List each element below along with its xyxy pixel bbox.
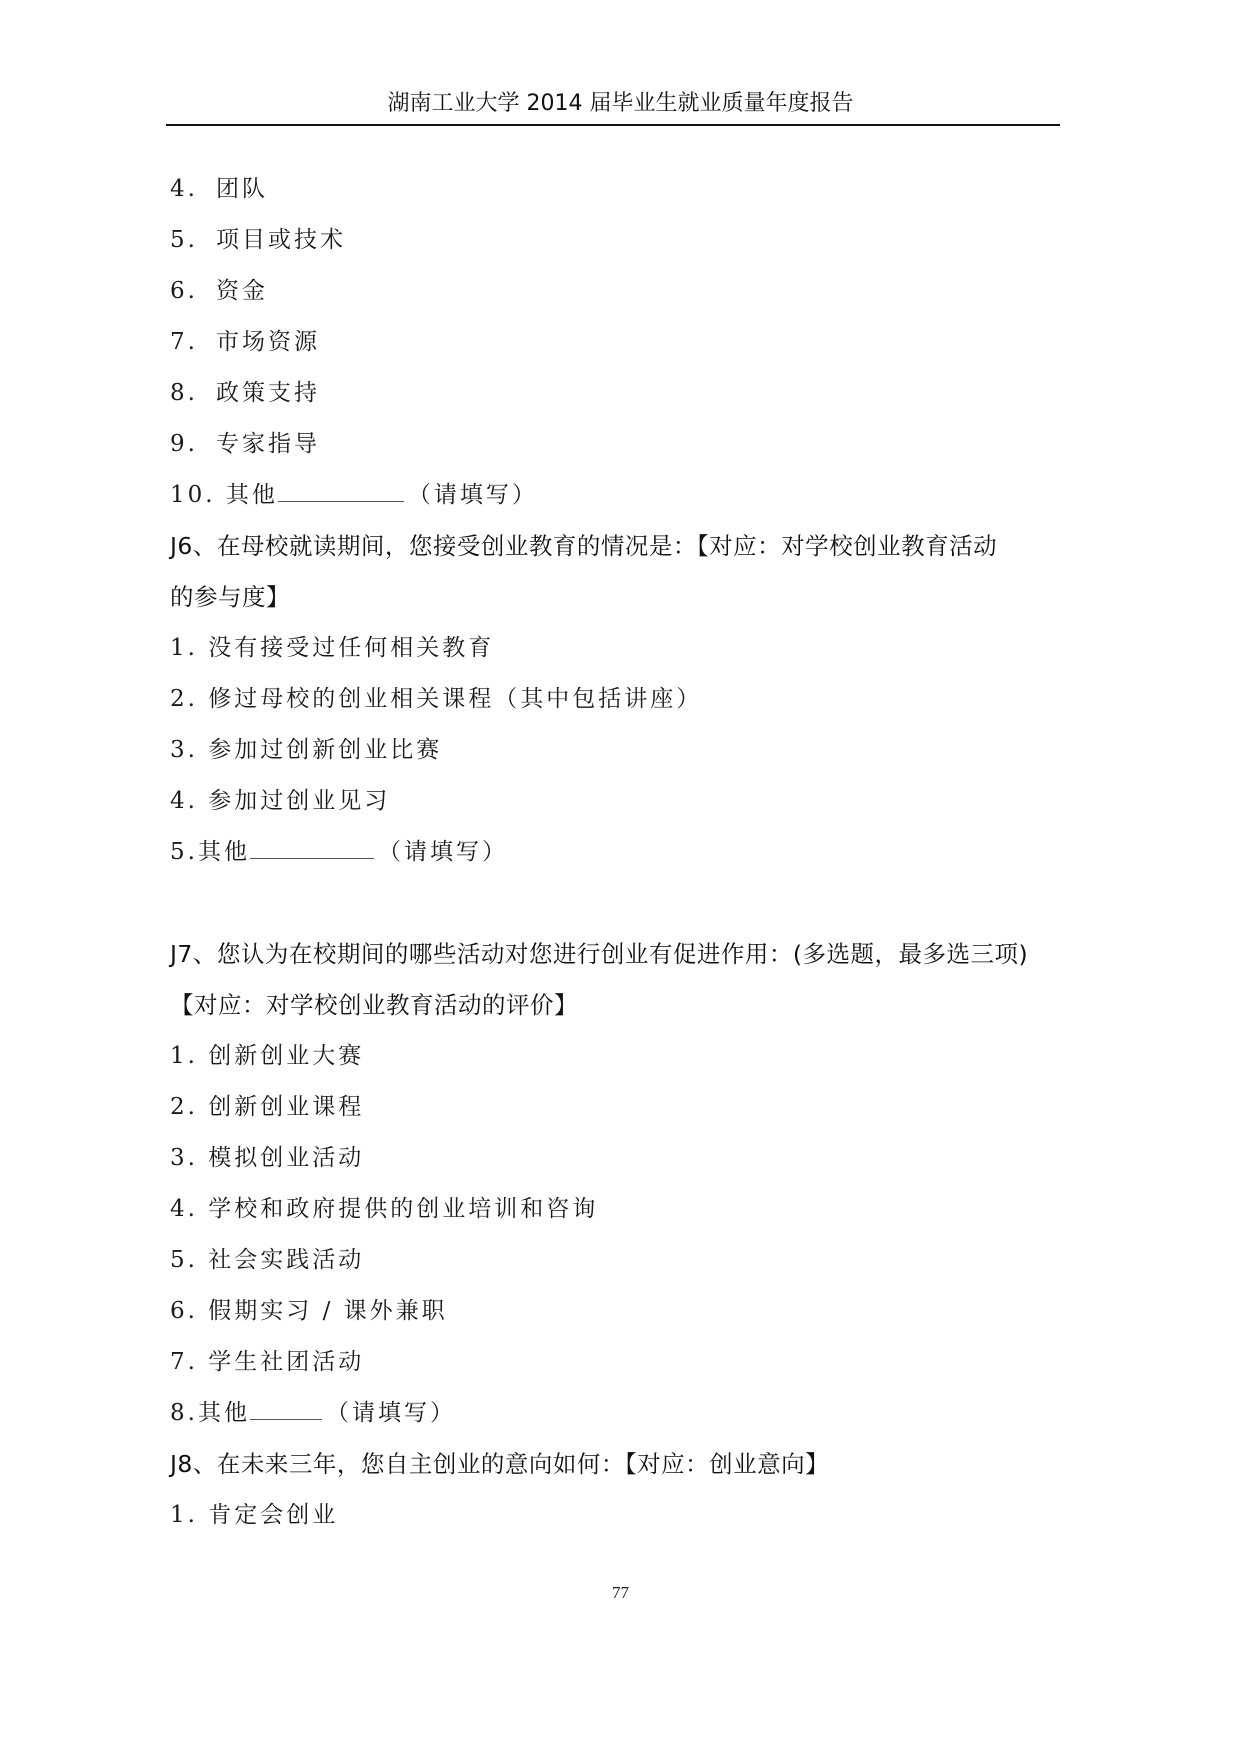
fill-in-blank[interactable] [278, 500, 404, 502]
page-number: 77 [0, 1583, 1241, 1603]
option-item: 1. 创新创业大赛 [170, 1037, 364, 1070]
option-item: 3. 参加过创新创业比赛 [170, 731, 442, 764]
option-item: 4. 学校和政府提供的创业培训和咨询 [170, 1190, 598, 1223]
question-j8: J8、在未来三年，您自主创业的意向如何：【对应：创业意向】 [170, 1445, 829, 1479]
option-item: 2. 修过母校的创业相关课程（其中包括讲座） [170, 680, 702, 713]
document-page: 湖南工业大学 2014 届毕业生就业质量年度报告 4.团队 5.项目或技术 6.… [0, 0, 1241, 1754]
option-item: 5. 社会实践活动 [170, 1241, 364, 1274]
option-item: 1. 肯定会创业 [170, 1496, 338, 1529]
question-j7-continued: 【对应：对学校创业教育活动的评价】 [170, 986, 578, 1020]
option-item: 8.政策支持 [170, 374, 320, 407]
option-other: 8.其他（请填写） [170, 1394, 456, 1427]
option-item: 4.团队 [170, 170, 268, 203]
option-other: 10. 其他（请填写） [170, 476, 538, 509]
option-item: 2. 创新创业课程 [170, 1088, 364, 1121]
question-j6-continued: 的参与度】 [170, 578, 290, 612]
question-j6: J6、在母校就读期间，您接受创业教育的情况是：【对应：对学校创业教育活动 [170, 527, 997, 561]
question-j7: J7、您认为在校期间的哪些活动对您进行创业有促进作用：(多选题，最多选三项) [170, 935, 1028, 969]
option-item: 1. 没有接受过任何相关教育 [170, 629, 494, 662]
option-item: 6.资金 [170, 272, 268, 305]
fill-in-blank[interactable] [250, 1418, 322, 1420]
option-other: 5.其他（请填写） [170, 833, 508, 866]
option-item: 4. 参加过创业见习 [170, 782, 390, 815]
option-item: 7. 学生社团活动 [170, 1343, 364, 1376]
header-divider [166, 124, 1060, 126]
option-item: 6. 假期实习 / 课外兼职 [170, 1292, 448, 1325]
option-item: 5.项目或技术 [170, 221, 346, 254]
option-item: 7.市场资源 [170, 323, 320, 356]
option-item: 3. 模拟创业活动 [170, 1139, 364, 1172]
option-item: 9.专家指导 [170, 425, 320, 458]
fill-in-blank[interactable] [250, 857, 374, 859]
running-header-title: 湖南工业大学 2014 届毕业生就业质量年度报告 [0, 86, 1241, 117]
